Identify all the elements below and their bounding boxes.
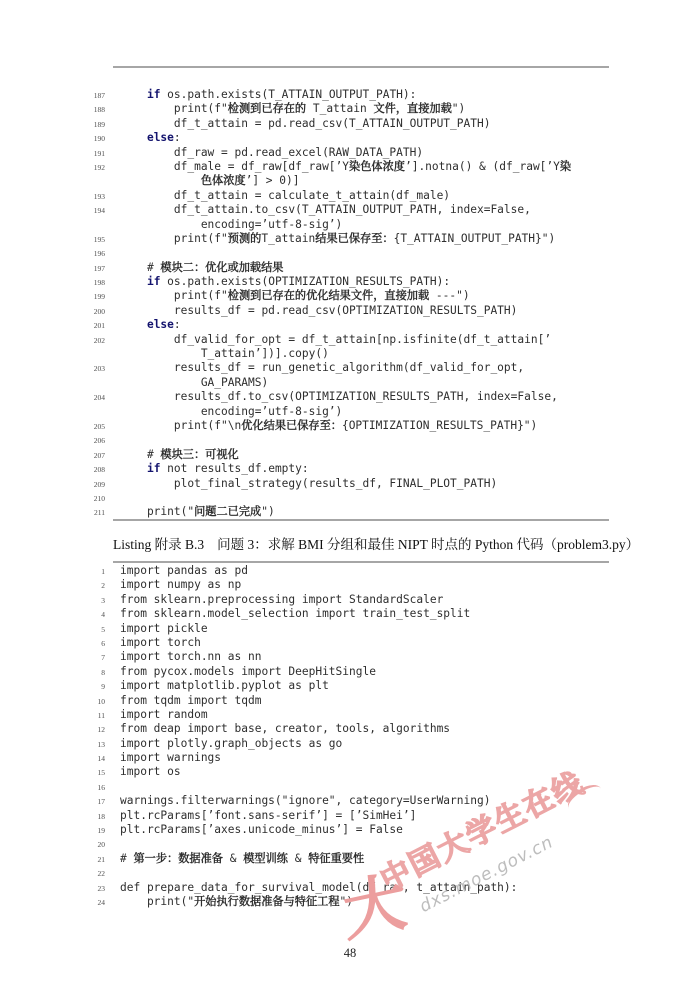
code-text: else: [120,131,181,145]
code-text: print(f"\n优化结果已保存至：{OPTIMIZATION_RESULTS… [120,419,537,433]
code-row: 208 if not results_df.empty: [79,462,639,476]
code-row: 22 [79,866,639,880]
code-row: 190 else: [79,131,639,145]
code-listing-b2-continued: 187 if os.path.exists(T_ATTAIN_OUTPUT_PA… [79,88,639,520]
listing-caption: Listing 附录 B.3问题 3：求解 BMI 分组和最佳 NIPT 时点的… [113,533,610,553]
code-text: results_df = pd.read_csv(OPTIMIZATION_RE… [120,304,517,318]
code-row: 5import pickle [79,622,639,636]
code-row: 色体浓度’] > 0)] [79,174,639,188]
code-text: # 模块三：可视化 [120,448,239,462]
code-row: 3from sklearn.preprocessing import Stand… [79,593,639,607]
code-row: 201 else: [79,318,639,332]
code-row: T_attain’])].copy() [79,347,639,361]
code-row: 19plt.rcParams[’axes.unicode_minus’] = F… [79,823,639,837]
code-row: 199 print(f"检测到已存在的优化结果文件，直接加载 ---") [79,289,639,303]
listing-caption-label: Listing 附录 B.3 [113,537,204,552]
code-text: encoding=’utf-8-sig’) [120,405,342,419]
line-number: 210 [79,491,105,505]
code-text: df_raw = pd.read_excel(RAW_DATA_PATH) [120,146,423,160]
code-row: 210 [79,491,639,505]
code-row: 202 df_valid_for_opt = df_t_attain[np.is… [79,333,639,347]
line-number: 21 [79,852,105,866]
code-row: 24 print("开始执行数据准备与特征工程") [79,895,639,909]
code-row: 206 [79,433,639,447]
code-row: 4from sklearn.model_selection import tra… [79,607,639,621]
code-text: import random [120,708,208,722]
listing-top-rule [113,66,609,68]
code-text: if os.path.exists(T_ATTAIN_OUTPUT_PATH): [120,88,416,102]
code-text: import pickle [120,622,208,636]
code-text: from deap import base, creator, tools, a… [120,722,450,736]
line-number: 12 [79,722,105,736]
code-text: print("问题二已完成") [120,505,275,519]
code-row: 187 if os.path.exists(T_ATTAIN_OUTPUT_PA… [79,88,639,102]
code-text: # 模块二：优化或加载结果 [120,261,284,275]
code-listing-b3: 1import pandas as pd2import numpy as np3… [79,564,639,909]
line-number: 9 [79,679,105,693]
code-row: 194 df_t_attain.to_csv(T_ATTAIN_OUTPUT_P… [79,203,639,217]
line-number [79,405,105,419]
code-text: import matplotlib.pyplot as plt [120,679,329,693]
line-number: 202 [79,333,105,347]
line-number: 190 [79,131,105,145]
line-number: 203 [79,361,105,375]
code-row: 6import torch [79,636,639,650]
code-row: 23def prepare_data_for_survival_model(df… [79,881,639,895]
code-text: if not results_df.empty: [120,462,309,476]
code-text: import warnings [120,751,221,765]
code-text: results_df = run_genetic_algorithm(df_va… [120,361,524,375]
code-row: 191 df_raw = pd.read_excel(RAW_DATA_PATH… [79,146,639,160]
line-number: 14 [79,751,105,765]
code-row: 195 print(f"预测的T_attain结果已保存至：{T_ATTAIN_… [79,232,639,246]
code-text: import torch.nn as nn [120,650,261,664]
line-number [79,174,105,188]
code-row: 205 print(f"\n优化结果已保存至：{OPTIMIZATION_RES… [79,419,639,433]
line-number: 188 [79,102,105,116]
line-number: 189 [79,117,105,131]
code-row: 14import warnings [79,751,639,765]
line-number: 15 [79,765,105,779]
code-text: plt.rcParams[’font.sans-serif’] = [’SimH… [120,809,416,823]
code-text: warnings.filterwarnings("ignore", catego… [120,794,490,808]
listing-b3-top-rule [113,561,609,563]
line-number: 3 [79,593,105,607]
line-number: 22 [79,866,105,880]
code-row: 197 # 模块二：优化或加载结果 [79,261,639,275]
code-text: else: [120,318,181,332]
page-number: 48 [0,946,700,961]
code-text: from sklearn.model_selection import trai… [120,607,470,621]
code-row: 2import numpy as np [79,578,639,592]
code-text: import plotly.graph_objects as go [120,737,342,751]
code-row: 203 results_df = run_genetic_algorithm(d… [79,361,639,375]
line-number: 196 [79,246,105,260]
code-text: print(f"检测到已存在的 T_attain 文件，直接加载") [120,102,465,116]
line-number: 16 [79,780,105,794]
line-number: 19 [79,823,105,837]
code-text: GA_PARAMS) [120,376,268,390]
line-number: 5 [79,622,105,636]
code-row: 7import torch.nn as nn [79,650,639,664]
line-number: 201 [79,318,105,332]
line-number: 211 [79,505,105,519]
code-row: encoding=’utf-8-sig’) [79,218,639,232]
code-row: 8from pycox.models import DeepHitSingle [79,665,639,679]
code-text: df_t_attain = pd.read_csv(T_ATTAIN_OUTPU… [120,117,490,131]
code-row: 21# 第一步：数据准备 & 模型训练 & 特征重要性 [79,852,639,866]
line-number: 13 [79,737,105,751]
code-text: T_attain’])].copy() [120,347,329,361]
code-text: plt.rcParams[’axes.unicode_minus’] = Fal… [120,823,403,837]
code-row: 200 results_df = pd.read_csv(OPTIMIZATIO… [79,304,639,318]
line-number: 208 [79,462,105,476]
line-number: 17 [79,794,105,808]
paper-page: 187 if os.path.exists(T_ATTAIN_OUTPUT_PA… [0,0,700,989]
code-row: 13import plotly.graph_objects as go [79,737,639,751]
code-row: 198 if os.path.exists(OPTIMIZATION_RESUL… [79,275,639,289]
code-row: 204 results_df.to_csv(OPTIMIZATION_RESUL… [79,390,639,404]
line-number: 195 [79,232,105,246]
code-row: 17warnings.filterwarnings("ignore", cate… [79,794,639,808]
line-number [79,218,105,232]
line-number: 18 [79,809,105,823]
code-row: 192 df_male = df_raw[df_raw[’Y染色体浓度’].no… [79,160,639,174]
code-text: import torch [120,636,201,650]
line-number: 8 [79,665,105,679]
code-text: df_male = df_raw[df_raw[’Y染色体浓度’].notna(… [120,160,571,174]
listing-caption-title: 问题 3：求解 BMI 分组和最佳 NIPT 时点的 Python 代码（pro… [217,537,639,552]
code-row: 9import matplotlib.pyplot as plt [79,679,639,693]
line-number: 193 [79,189,105,203]
line-number: 10 [79,694,105,708]
line-number: 194 [79,203,105,217]
code-text: print(f"预测的T_attain结果已保存至：{T_ATTAIN_OUTP… [120,232,555,246]
line-number: 11 [79,708,105,722]
line-number: 209 [79,477,105,491]
line-number: 207 [79,448,105,462]
code-row: 209 plot_final_strategy(results_df, FINA… [79,477,639,491]
line-number: 23 [79,881,105,895]
code-row: 10from tqdm import tqdm [79,694,639,708]
code-text: from tqdm import tqdm [120,694,261,708]
code-text: df_t_attain = calculate_t_attain(df_male… [120,189,450,203]
code-row: 20 [79,837,639,851]
line-number: 20 [79,837,105,851]
line-number: 198 [79,275,105,289]
code-text: if os.path.exists(OPTIMIZATION_RESULTS_P… [120,275,450,289]
code-row: 12from deap import base, creator, tools,… [79,722,639,736]
line-number: 192 [79,160,105,174]
code-text: from pycox.models import DeepHitSingle [120,665,376,679]
line-number: 200 [79,304,105,318]
line-number: 206 [79,433,105,447]
code-row: encoding=’utf-8-sig’) [79,405,639,419]
code-row: 196 [79,246,639,260]
code-text: df_t_attain.to_csv(T_ATTAIN_OUTPUT_PATH,… [120,203,531,217]
code-row: 211 print("问题二已完成") [79,505,639,519]
code-row: 11import random [79,708,639,722]
line-number: 6 [79,636,105,650]
code-text: plot_final_strategy(results_df, FINAL_PL… [120,477,497,491]
code-text: def prepare_data_for_survival_model(df_r… [120,881,517,895]
line-number [79,376,105,390]
code-text: results_df.to_csv(OPTIMIZATION_RESULTS_P… [120,390,558,404]
code-text: print(f"检测到已存在的优化结果文件，直接加载 ---") [120,289,470,303]
line-number: 204 [79,390,105,404]
code-row: 188 print(f"检测到已存在的 T_attain 文件，直接加载") [79,102,639,116]
code-text: print("开始执行数据准备与特征工程") [120,895,353,909]
line-number: 4 [79,607,105,621]
code-text: df_valid_for_opt = df_t_attain[np.isfini… [120,333,551,347]
line-number [79,347,105,361]
code-row: GA_PARAMS) [79,376,639,390]
line-number: 199 [79,289,105,303]
code-text: from sklearn.preprocessing import Standa… [120,593,443,607]
code-text: import os [120,765,181,779]
code-row: 18plt.rcParams[’font.sans-serif’] = [’Si… [79,809,639,823]
line-number: 24 [79,895,105,909]
line-number: 187 [79,88,105,102]
line-number: 197 [79,261,105,275]
code-text: # 第一步：数据准备 & 模型训练 & 特征重要性 [120,852,364,866]
code-row: 1import pandas as pd [79,564,639,578]
code-row: 189 df_t_attain = pd.read_csv(T_ATTAIN_O… [79,117,639,131]
code-text: encoding=’utf-8-sig’) [120,218,342,232]
code-row: 193 df_t_attain = calculate_t_attain(df_… [79,189,639,203]
code-row: 207 # 模块三：可视化 [79,448,639,462]
code-text: import numpy as np [120,578,241,592]
listing-bottom-rule [113,519,609,521]
line-number: 1 [79,564,105,578]
code-text: import pandas as pd [120,564,248,578]
code-row: 15import os [79,765,639,779]
line-number: 191 [79,146,105,160]
code-text: 色体浓度’] > 0)] [120,174,299,188]
line-number: 205 [79,419,105,433]
line-number: 7 [79,650,105,664]
code-row: 16 [79,780,639,794]
line-number: 2 [79,578,105,592]
